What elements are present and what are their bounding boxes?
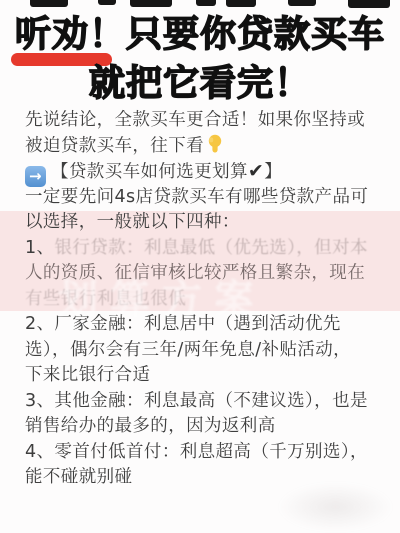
- body-line: 能不碰就别碰: [25, 465, 385, 491]
- body-line: 先说结论，全款买车更合适！如果你坚持或: [25, 108, 385, 134]
- check-icon: ✔: [248, 160, 264, 182]
- remnant-blob: [226, 0, 256, 7]
- pointing-down-icon: [206, 134, 224, 154]
- body-line: 选），偶尔会有三年/两年免息/补贴活动，: [25, 338, 385, 364]
- body-line: 有些银行利息也很低: [25, 287, 385, 313]
- body-line: 一定要先问4s店贷款买车有哪些贷款产品可: [25, 185, 385, 211]
- body-line: 2、厂家金融：利息居中（遇到活动优先: [25, 312, 385, 338]
- body-line: 1、银行贷款：利息最低（优先选），但对本: [25, 236, 385, 262]
- body-line: 下来比银行合适: [25, 363, 385, 389]
- note-page: 听劝！只要你贷款买车 就把它看完！ 先说结论，全款买车更合适！如果你坚持或 被迫…: [0, 0, 400, 533]
- body-line: 4、零首付低首付：利息超高（千万别选），: [25, 440, 385, 466]
- body-line: 以选择，一般就以下四种：: [25, 210, 385, 236]
- title-highlight-text: 听劝！: [15, 14, 126, 55]
- title-highlight: 听劝！: [15, 10, 126, 59]
- body-line: 销售给办的最多的，因为返利高: [25, 414, 385, 440]
- body-line: 被迫贷款买车，往下看: [25, 134, 385, 160]
- remnant-blob: [196, 0, 216, 6]
- title-line2: 就把它看完！: [0, 59, 400, 108]
- remnant-blob: [98, 0, 116, 5]
- body-line: 人的资质、征信审核比较严格且繁杂，现在: [25, 261, 385, 287]
- body-text: 先说结论，全款买车更合适！如果你坚持或 被迫贷款买车，往下看 →【贷款买车如何选…: [25, 108, 385, 491]
- title-line1: 听劝！只要你贷款买车: [0, 10, 400, 59]
- remnant-blob: [288, 0, 316, 6]
- post-title: 听劝！只要你贷款买车 就把它看完！: [0, 10, 400, 108]
- body-line: →【贷款买车如何选更划算✔】: [25, 159, 385, 185]
- remnant-blob: [130, 0, 172, 7]
- remnant-blob: [30, 0, 68, 7]
- remnant-blob: [348, 0, 390, 8]
- title-line1-rest: 只要你贷款买车: [126, 14, 385, 55]
- body-line: 3、其他金融：利息最高（不建议选），也是: [25, 389, 385, 415]
